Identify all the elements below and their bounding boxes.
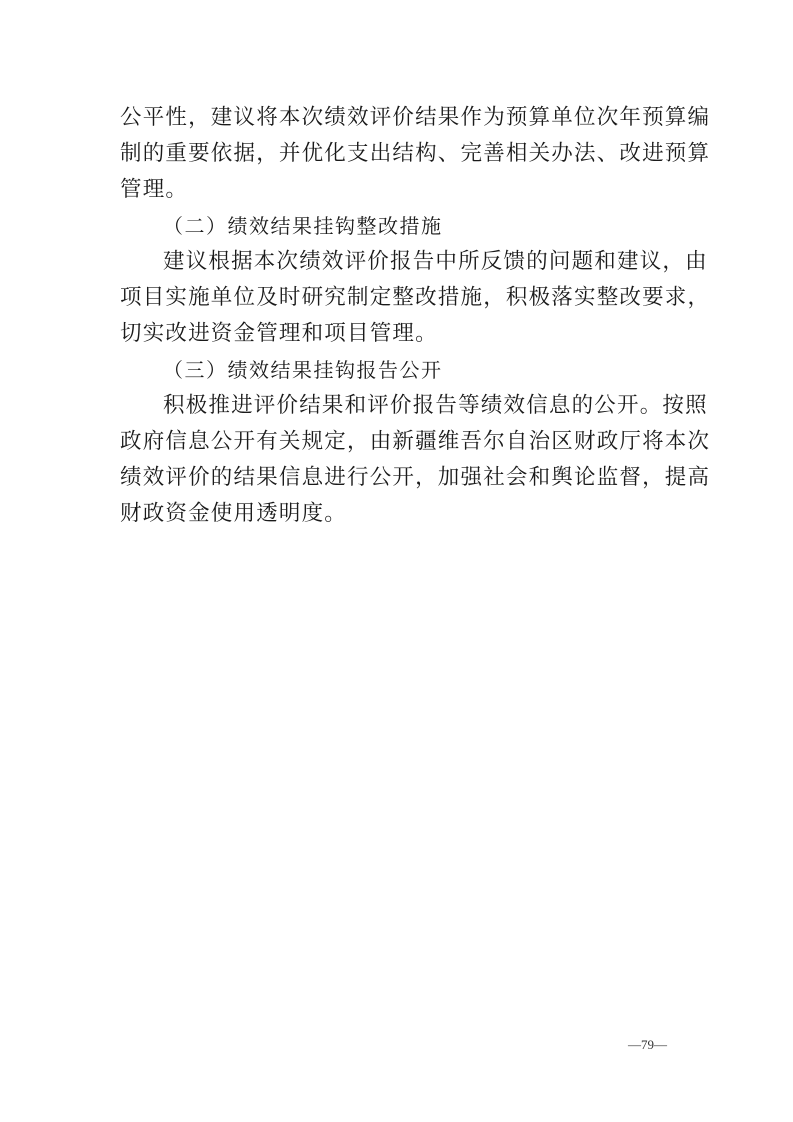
text-line: 积极推进评价结果和评价报告等绩效信息的公开。按照 <box>120 388 678 424</box>
text-line: 管理。 <box>120 172 678 208</box>
text-line: 切实改进资金管理和项目管理。 <box>120 316 678 352</box>
text-line: 公平性，建议将本次绩效评价结果作为预算单位次年预算编 <box>120 100 678 136</box>
text-line: 项目实施单位及时研究制定整改措施，积极落实整改要求， <box>120 280 678 316</box>
section-rectification-measures: （二）绩效结果挂钩整改措施 建议根据本次绩效评价报告中所反馈的问题和建议，由 项… <box>120 208 678 352</box>
section-heading: （三）绩效结果挂钩报告公开 <box>120 352 678 388</box>
text-line: 制的重要依据，并优化支出结构、完善相关办法、改进预算 <box>120 136 678 172</box>
document-page: 公平性，建议将本次绩效评价结果作为预算单位次年预算编 制的重要依据，并优化支出结… <box>120 100 678 532</box>
page-number: —79— <box>628 1037 667 1053</box>
section-report-disclosure: （三）绩效结果挂钩报告公开 积极推进评价结果和评价报告等绩效信息的公开。按照 政… <box>120 352 678 532</box>
text-line: 政府信息公开有关规定，由新疆维吾尔自治区财政厅将本次 <box>120 424 678 460</box>
paragraph-continuation: 公平性，建议将本次绩效评价结果作为预算单位次年预算编 制的重要依据，并优化支出结… <box>120 100 678 208</box>
text-line: 建议根据本次绩效评价报告中所反馈的问题和建议，由 <box>120 244 678 280</box>
text-line: 绩效评价的结果信息进行公开，加强社会和舆论监督，提高 <box>120 460 678 496</box>
section-heading: （二）绩效结果挂钩整改措施 <box>120 208 678 244</box>
text-line: 财政资金使用透明度。 <box>120 496 678 532</box>
